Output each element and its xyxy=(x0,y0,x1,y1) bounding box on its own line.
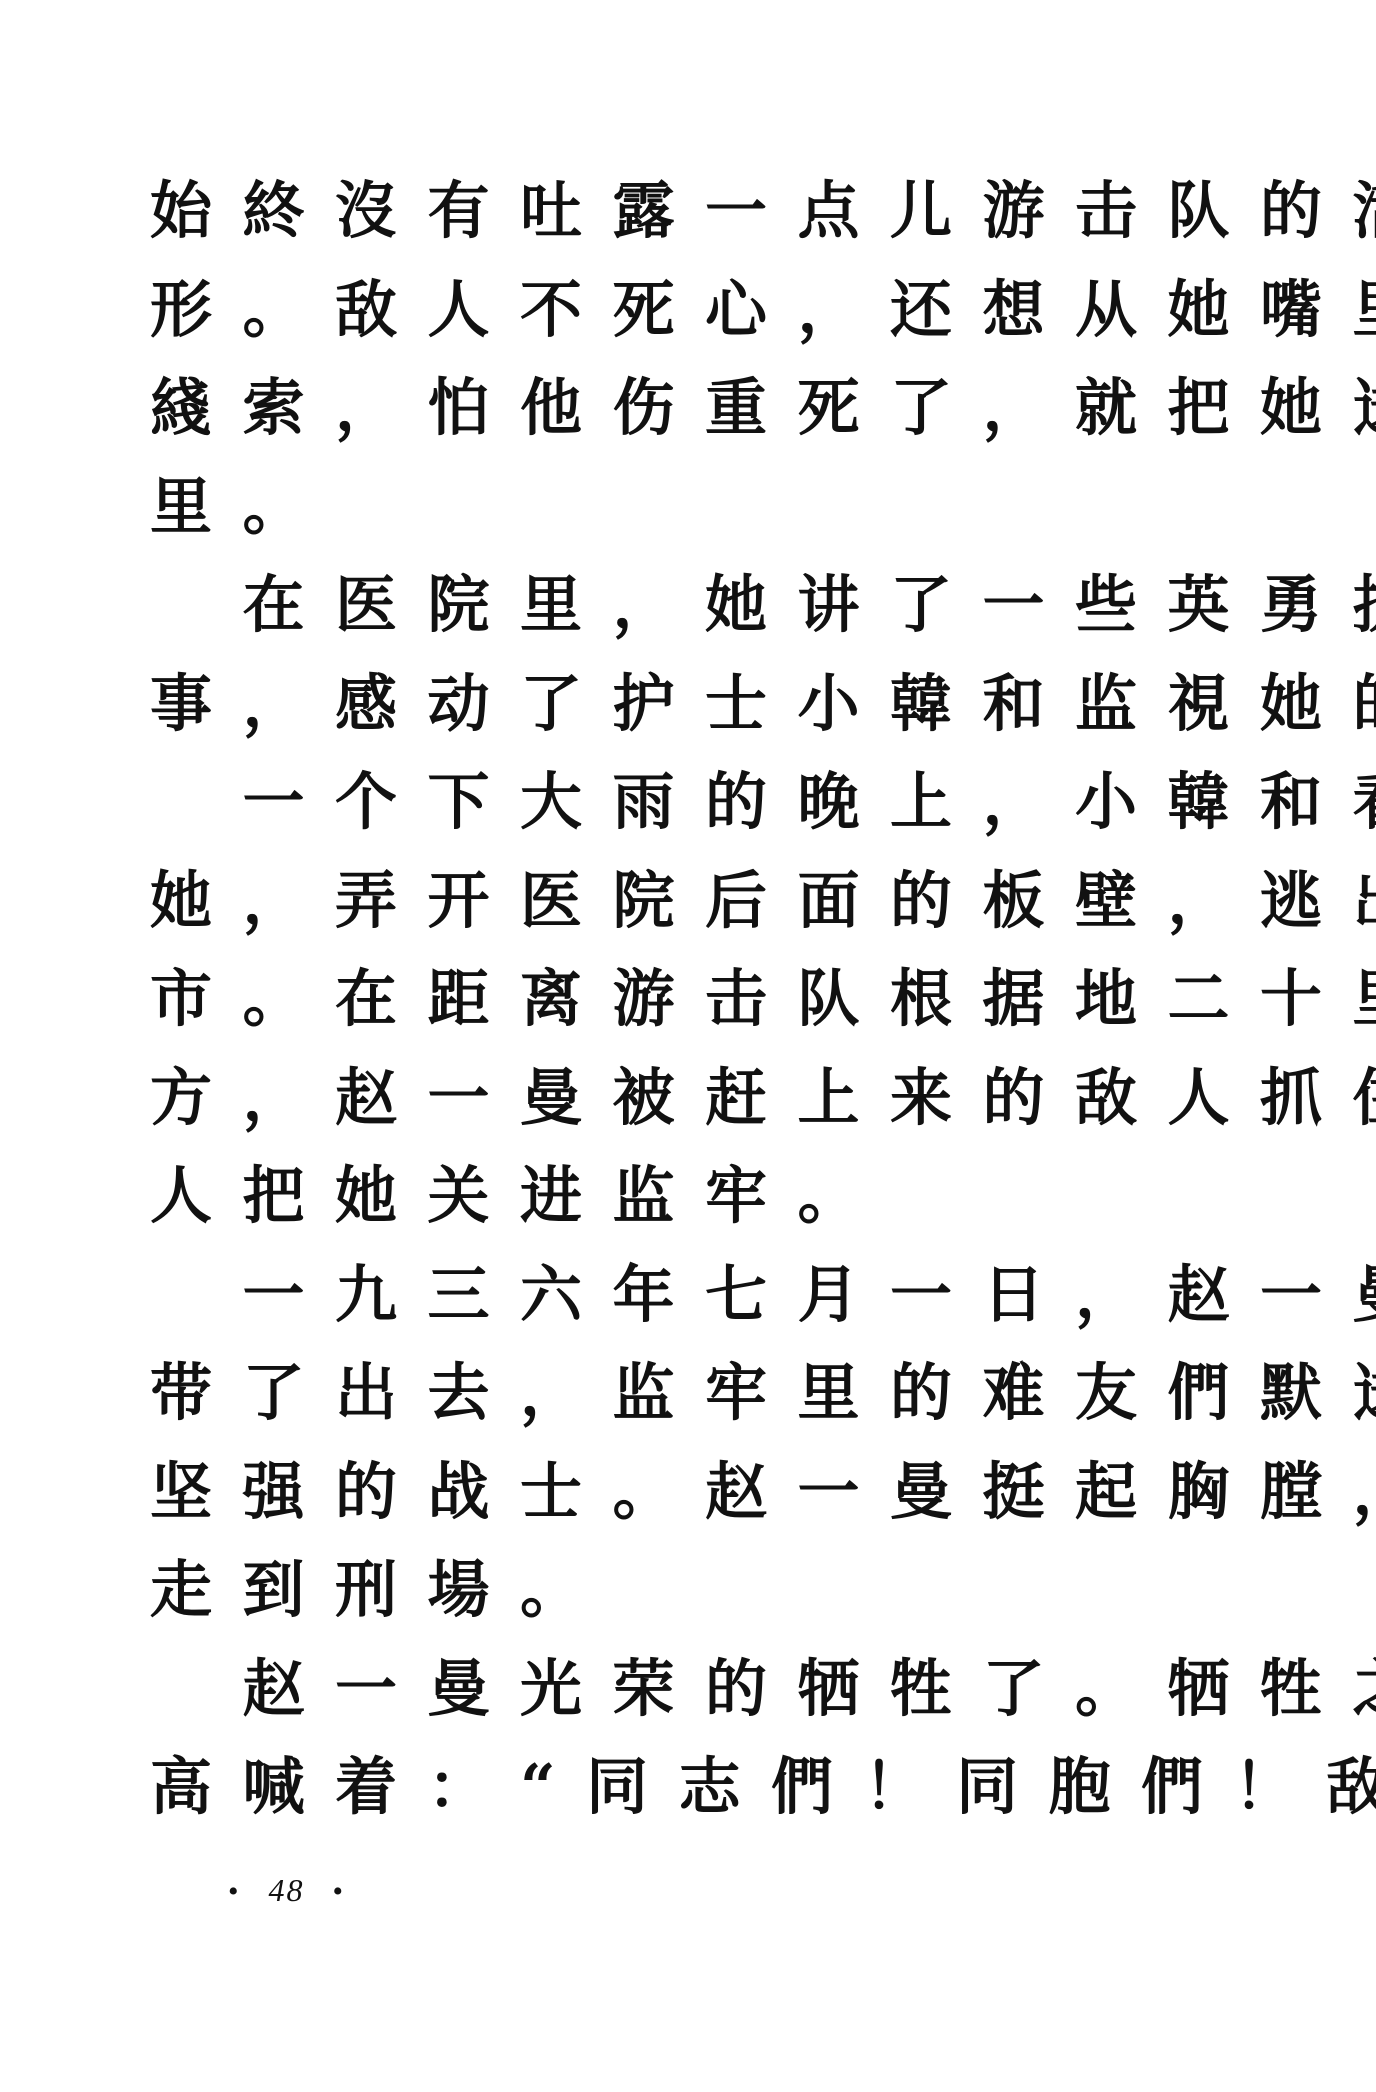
text-line: 高喊着：“同志們！同胞們！敌人一定要 xyxy=(150,1738,1270,1837)
text-line: 一个下大雨的晚上，小韓和看守扶着 xyxy=(150,753,1270,852)
text-line: 赵一曼光荣的牺牲了。牺牲之前，她 xyxy=(150,1640,1270,1739)
text-line: 里。 xyxy=(150,458,1270,557)
page-number-value: 48 xyxy=(269,1872,305,1908)
text-line: 人把她关进监牢。 xyxy=(150,1147,1270,1246)
text-line: 方，赵一曼被赶上来的敌人抓住了。敌 xyxy=(150,1049,1270,1148)
folio-dot-left: • xyxy=(228,1875,241,1909)
text-line: 带了出去，监牢里的难友們默送着这位 xyxy=(150,1344,1270,1443)
text-line: 市。在距离游击队根据地二十里的地 xyxy=(150,950,1270,1049)
text-line: 在医院里，她讲了一些英勇抗日的故 xyxy=(150,556,1270,655)
page-number: •48• xyxy=(200,1872,373,1909)
body-text: 始終沒有吐露一点儿游击队的活动情 形。敌人不死心，还想从她嘴里得到些 綫索，怕他… xyxy=(150,162,1270,1837)
text-line: 始終沒有吐露一点儿游击队的活动情 xyxy=(150,162,1270,261)
text-line: 形。敌人不死心，还想从她嘴里得到些 xyxy=(150,261,1270,360)
text-line: 事，感动了护士小韓和监視她的看守。 xyxy=(150,655,1270,754)
folio-dot-right: • xyxy=(333,1875,346,1909)
book-page: 始終沒有吐露一点儿游击队的活动情 形。敌人不死心，还想从她嘴里得到些 綫索，怕他… xyxy=(0,0,1376,2092)
text-line: 坚强的战士。赵一曼挺起胸膛，昂然的 xyxy=(150,1443,1270,1542)
text-line: 綫索，怕他伤重死了，就把她送到医院 xyxy=(150,359,1270,458)
text-line: 她，弄开医院后面的板壁，逃出哈尔濱 xyxy=(150,852,1270,951)
text-line: 走到刑場。 xyxy=(150,1541,1270,1640)
text-line: 一九三六年七月一日，赵一曼被敌人 xyxy=(150,1246,1270,1345)
